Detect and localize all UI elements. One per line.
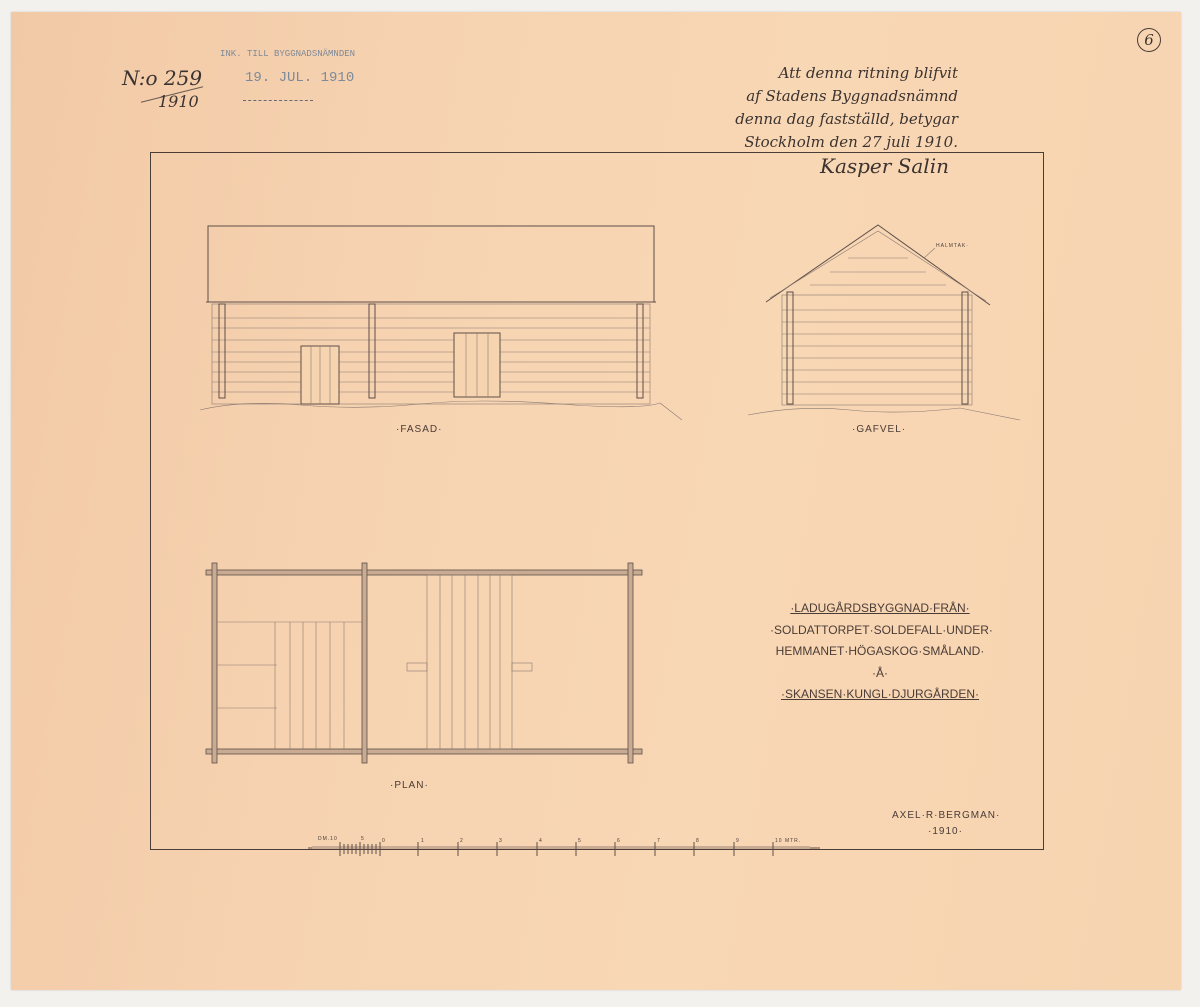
scale-tick-label: 7 [657,838,661,844]
scale-tick-label: 0 [382,838,386,844]
title-line: HEMMANET·HÖGASKOG·SMÅLAND· [770,641,990,663]
scale-tick-label: 2 [460,838,464,844]
facade-label: ·FASAD· [396,424,442,435]
facade-elevation [200,226,682,420]
thatched-roof-annotation: HALMTAK· [936,243,969,249]
gable-elevation [748,225,1020,420]
scale-tick-label: 10 MTR. [775,838,801,844]
scale-tick-label: 1 [421,838,425,844]
scale-left-label: DM.10 [318,836,338,842]
title-line: ·Å· [770,663,990,685]
scale-tick-label: 4 [539,838,543,844]
plan-label: ·PLAN· [390,780,429,791]
title-block: ·LADUGÅRDSBYGGNAD·FRÅN· ·SOLDATTORPET·SO… [770,598,990,706]
scale-tick-label: 3 [499,838,503,844]
title-line: ·LADUGÅRDSBYGGNAD·FRÅN· [770,598,990,620]
scale-tick-label: 5 [578,838,582,844]
scale-bar-graphic [308,842,820,856]
scale-mid-label: 5 [361,836,365,842]
architect-year: ·1910· [928,826,963,837]
architect-name: AXEL·R·BERGMAN· [892,810,1000,821]
scale-tick-label: 6 [617,838,621,844]
scale-tick-label: 9 [736,838,740,844]
gable-label: ·GAFVEL· [852,424,906,435]
floor-plan [206,563,642,763]
title-line: ·SKANSEN·KUNGL·DJURGÅRDEN· [770,684,990,706]
title-line: ·SOLDATTORPET·SOLDEFALL·UNDER· [770,620,990,642]
scale-tick-label: 8 [696,838,700,844]
architectural-drawings [0,0,1200,1007]
